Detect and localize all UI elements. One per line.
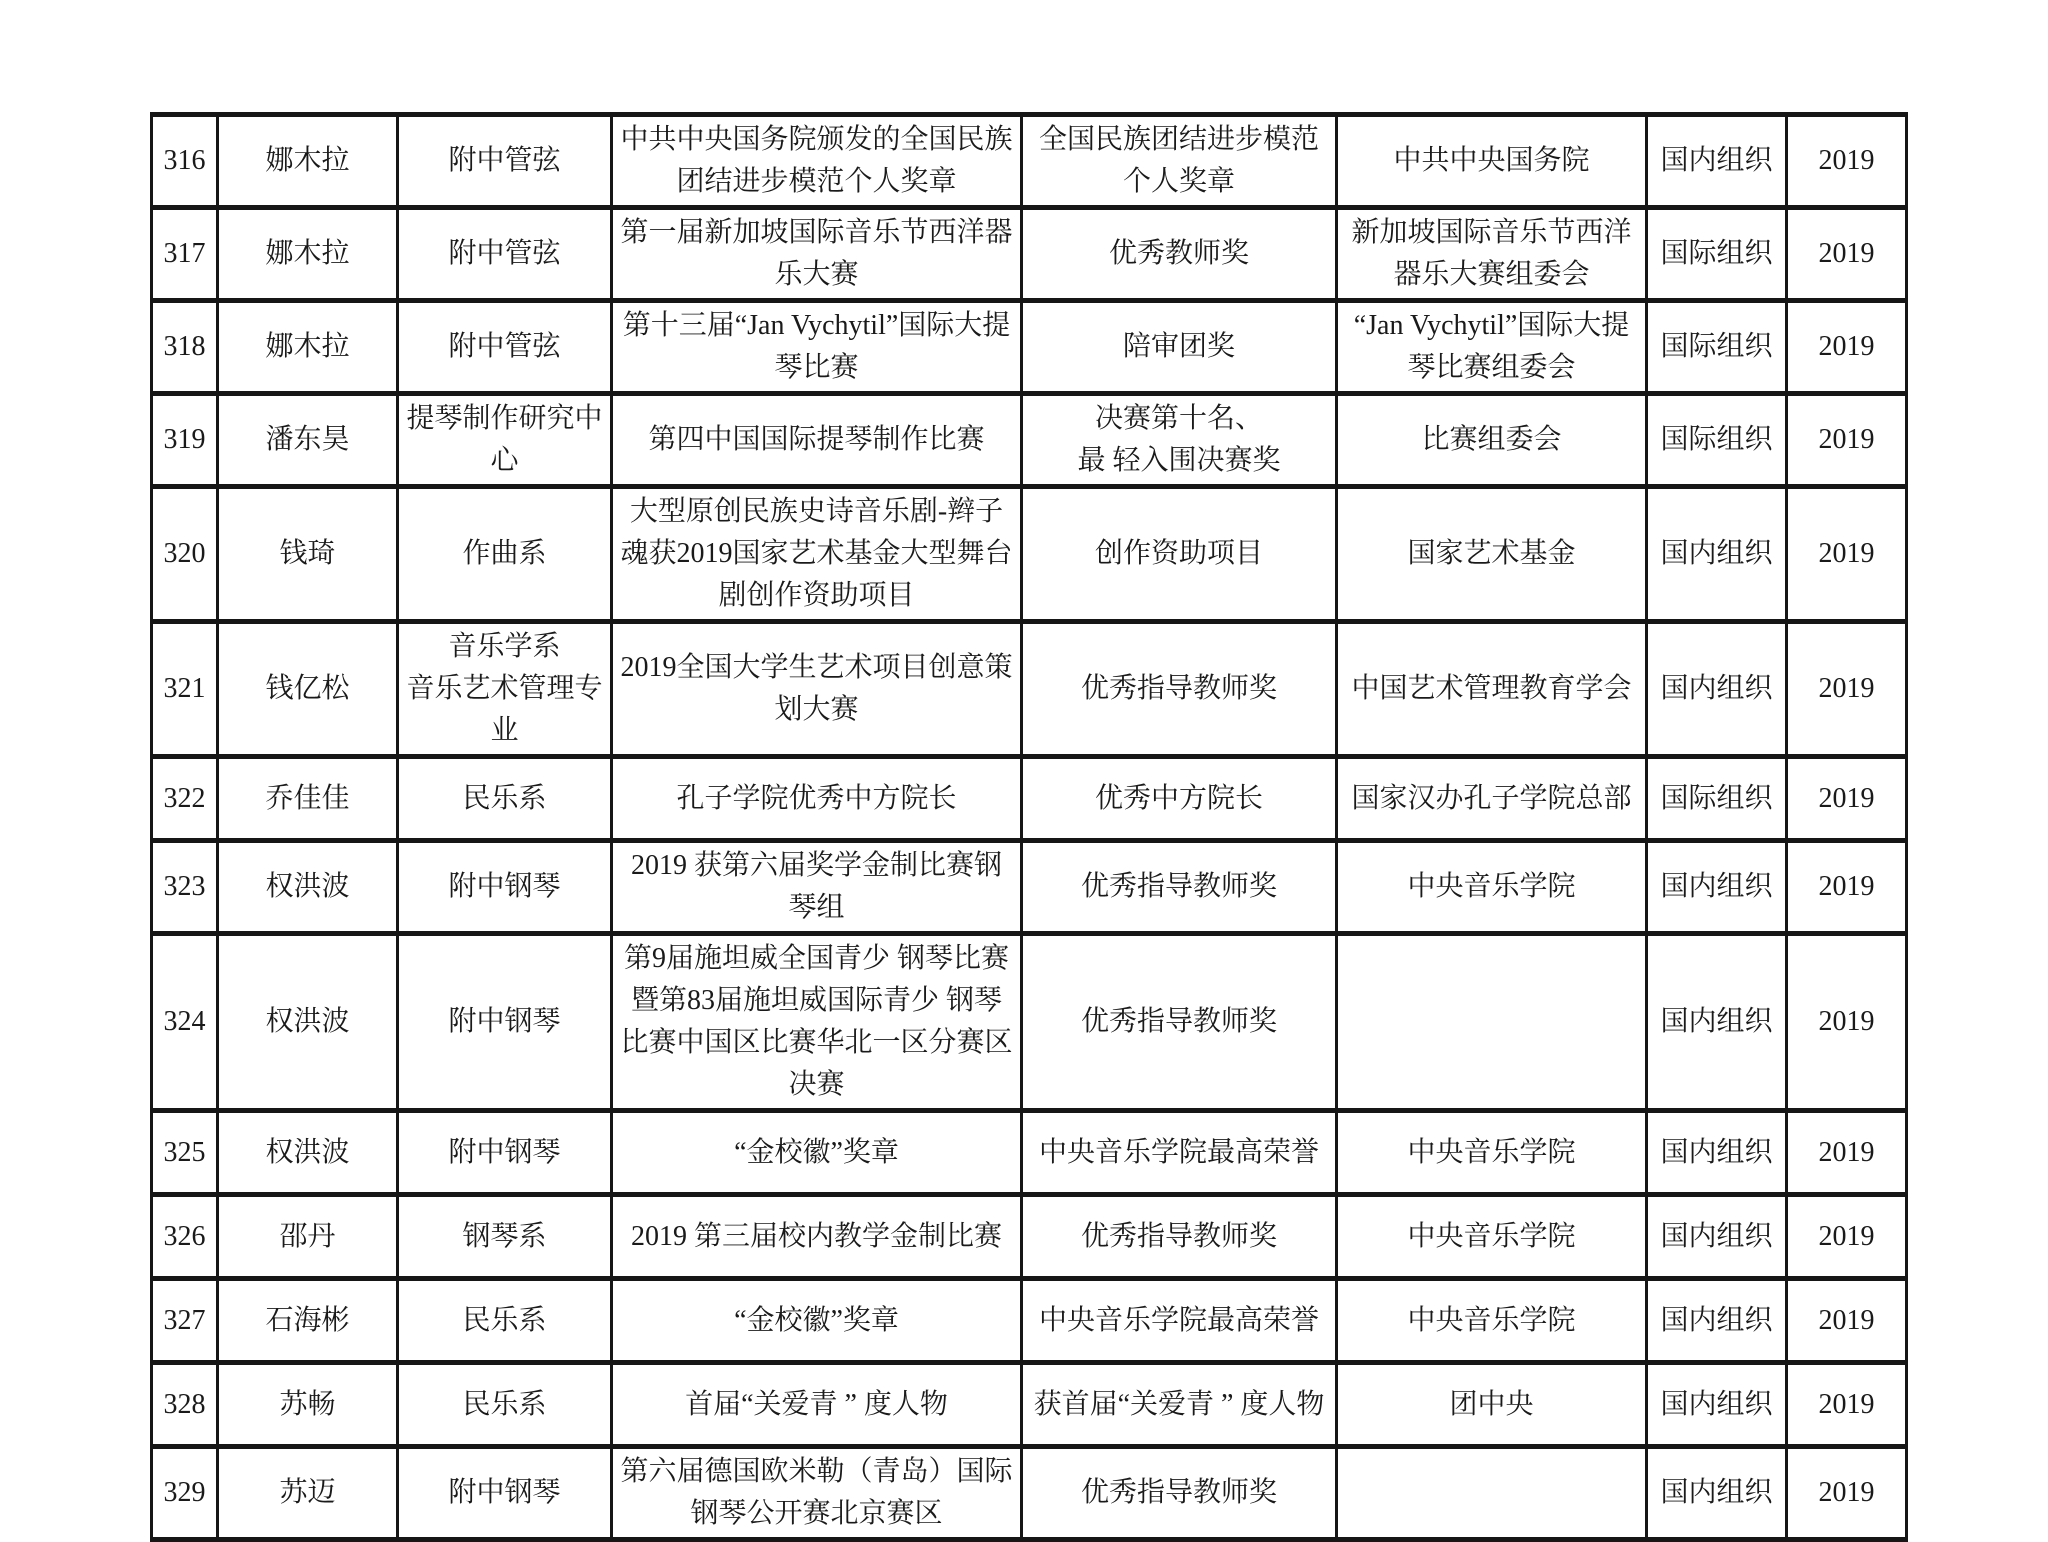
cell-award: 优秀指导教师奖 <box>1022 622 1337 757</box>
cell-department: 附中钢琴 <box>398 934 612 1111</box>
cell-row-number: 317 <box>152 208 218 301</box>
cell-row-number: 325 <box>152 1111 218 1195</box>
cell-year: 2019 <box>1787 1279 1907 1363</box>
cell-row-number: 319 <box>152 394 218 487</box>
table-row: 318 娜木拉 附中管弦 第十三届“Jan Vychytil”国际大提琴比赛 陪… <box>152 301 1907 394</box>
cell-department: 提琴制作研究中心 <box>398 394 612 487</box>
cell-competition: 2019 第三届校内教学金制比赛 <box>612 1195 1022 1279</box>
cell-org-type: 国内组织 <box>1647 487 1787 622</box>
cell-org-type: 国际组织 <box>1647 757 1787 841</box>
cell-competition: 第一届新加坡国际音乐节西洋器乐大赛 <box>612 208 1022 301</box>
cell-award: 创作资助项目 <box>1022 487 1337 622</box>
cell-department: 附中管弦 <box>398 115 612 208</box>
cell-person-name: 娜木拉 <box>218 301 398 394</box>
cell-organization: 中央音乐学院 <box>1337 1279 1647 1363</box>
table-row: 324 权洪波 附中钢琴 第9届施坦威全国青少 钢琴比赛暨第83届施坦威国际青少… <box>152 934 1907 1111</box>
cell-org-type: 国内组织 <box>1647 1111 1787 1195</box>
table-row: 319 潘东昊 提琴制作研究中心 第四中国国际提琴制作比赛 决赛第十名、 最 轻… <box>152 394 1907 487</box>
cell-year: 2019 <box>1787 1447 1907 1540</box>
cell-award: 优秀指导教师奖 <box>1022 1447 1337 1540</box>
cell-competition: 第六届德国欧米勒（青岛）国际钢琴公开赛北京赛区 <box>612 1447 1022 1540</box>
table-row: 328 苏畅 民乐系 首届“关爱青 ” 度人物 获首届“关爱青 ” 度人物 团中… <box>152 1363 1907 1447</box>
cell-department: 钢琴系 <box>398 1195 612 1279</box>
cell-org-type: 国内组织 <box>1647 841 1787 934</box>
cell-award: 全国民族团结进步模范个人奖章 <box>1022 115 1337 208</box>
cell-competition: “金校徽”奖章 <box>612 1111 1022 1195</box>
cell-row-number: 320 <box>152 487 218 622</box>
table-row: 327 石海彬 民乐系 “金校徽”奖章 中央音乐学院最高荣誉 中央音乐学院 国内… <box>152 1279 1907 1363</box>
cell-department: 音乐学系 音乐艺术管理专业 <box>398 622 612 757</box>
table-row: 316 娜木拉 附中管弦 中共中央国务院颁发的全国民族团结进步模范个人奖章 全国… <box>152 115 1907 208</box>
cell-row-number: 318 <box>152 301 218 394</box>
cell-row-number: 316 <box>152 115 218 208</box>
cell-year: 2019 <box>1787 115 1907 208</box>
cell-competition: 第十三届“Jan Vychytil”国际大提琴比赛 <box>612 301 1022 394</box>
cell-competition: 中共中央国务院颁发的全国民族团结进步模范个人奖章 <box>612 115 1022 208</box>
cell-competition: 首届“关爱青 ” 度人物 <box>612 1363 1022 1447</box>
cell-year: 2019 <box>1787 487 1907 622</box>
table-row: 329 苏迈 附中钢琴 第六届德国欧米勒（青岛）国际钢琴公开赛北京赛区 优秀指导… <box>152 1447 1907 1540</box>
cell-organization: “Jan Vychytil”国际大提琴比赛组委会 <box>1337 301 1647 394</box>
cell-person-name: 苏畅 <box>218 1363 398 1447</box>
cell-year: 2019 <box>1787 1195 1907 1279</box>
cell-year: 2019 <box>1787 757 1907 841</box>
cell-person-name: 乔佳佳 <box>218 757 398 841</box>
cell-competition: 大型原创民族史诗音乐剧-辫子魂获2019国家艺术基金大型舞台剧创作资助项目 <box>612 487 1022 622</box>
table-row: 317 娜木拉 附中管弦 第一届新加坡国际音乐节西洋器乐大赛 优秀教师奖 新加坡… <box>152 208 1907 301</box>
cell-person-name: 权洪波 <box>218 934 398 1111</box>
cell-competition: 第9届施坦威全国青少 钢琴比赛暨第83届施坦威国际青少 钢琴比赛中国区比赛华北一… <box>612 934 1022 1111</box>
cell-person-name: 石海彬 <box>218 1279 398 1363</box>
cell-organization: 中国艺术管理教育学会 <box>1337 622 1647 757</box>
cell-department: 附中钢琴 <box>398 1111 612 1195</box>
cell-org-type: 国际组织 <box>1647 208 1787 301</box>
cell-competition: 2019 获第六届奖学金制比赛钢琴组 <box>612 841 1022 934</box>
table-row: 326 邵丹 钢琴系 2019 第三届校内教学金制比赛 优秀指导教师奖 中央音乐… <box>152 1195 1907 1279</box>
cell-award: 优秀指导教师奖 <box>1022 841 1337 934</box>
cell-organization: 中央音乐学院 <box>1337 841 1647 934</box>
cell-award: 优秀中方院长 <box>1022 757 1337 841</box>
document-page: 316 娜木拉 附中管弦 中共中央国务院颁发的全国民族团结进步模范个人奖章 全国… <box>0 0 2048 1449</box>
cell-department: 附中钢琴 <box>398 1447 612 1540</box>
cell-year: 2019 <box>1787 394 1907 487</box>
cell-year: 2019 <box>1787 841 1907 934</box>
cell-department: 民乐系 <box>398 757 612 841</box>
cell-organization: 国家艺术基金 <box>1337 487 1647 622</box>
cell-person-name: 钱亿松 <box>218 622 398 757</box>
cell-row-number: 329 <box>152 1447 218 1540</box>
cell-organization: 比赛组委会 <box>1337 394 1647 487</box>
cell-department: 附中管弦 <box>398 208 612 301</box>
table-row: 321 钱亿松 音乐学系 音乐艺术管理专业 2019全国大学生艺术项目创意策划大… <box>152 622 1907 757</box>
cell-org-type: 国内组织 <box>1647 622 1787 757</box>
awards-table: 316 娜木拉 附中管弦 中共中央国务院颁发的全国民族团结进步模范个人奖章 全国… <box>150 112 1908 1542</box>
cell-award: 优秀教师奖 <box>1022 208 1337 301</box>
cell-person-name: 钱琦 <box>218 487 398 622</box>
cell-department: 民乐系 <box>398 1363 612 1447</box>
cell-award: 中央音乐学院最高荣誉 <box>1022 1111 1337 1195</box>
cell-award: 优秀指导教师奖 <box>1022 934 1337 1111</box>
cell-award: 中央音乐学院最高荣誉 <box>1022 1279 1337 1363</box>
cell-row-number: 327 <box>152 1279 218 1363</box>
cell-award: 获首届“关爱青 ” 度人物 <box>1022 1363 1337 1447</box>
cell-organization: 团中央 <box>1337 1363 1647 1447</box>
table-row: 322 乔佳佳 民乐系 孔子学院优秀中方院长 优秀中方院长 国家汉办孔子学院总部… <box>152 757 1907 841</box>
cell-org-type: 国内组织 <box>1647 1447 1787 1540</box>
cell-organization: 中央音乐学院 <box>1337 1111 1647 1195</box>
cell-organization: 新加坡国际音乐节西洋器乐大赛组委会 <box>1337 208 1647 301</box>
cell-award: 决赛第十名、 最 轻入围决赛奖 <box>1022 394 1337 487</box>
cell-award: 陪审团奖 <box>1022 301 1337 394</box>
cell-organization <box>1337 1447 1647 1540</box>
cell-org-type: 国际组织 <box>1647 394 1787 487</box>
cell-row-number: 321 <box>152 622 218 757</box>
cell-organization: 中央音乐学院 <box>1337 1195 1647 1279</box>
cell-person-name: 娜木拉 <box>218 208 398 301</box>
cell-competition: 第四中国国际提琴制作比赛 <box>612 394 1022 487</box>
cell-organization: 国家汉办孔子学院总部 <box>1337 757 1647 841</box>
cell-row-number: 322 <box>152 757 218 841</box>
cell-department: 附中管弦 <box>398 301 612 394</box>
cell-row-number: 324 <box>152 934 218 1111</box>
table-row: 320 钱琦 作曲系 大型原创民族史诗音乐剧-辫子魂获2019国家艺术基金大型舞… <box>152 487 1907 622</box>
cell-person-name: 娜木拉 <box>218 115 398 208</box>
cell-department: 民乐系 <box>398 1279 612 1363</box>
cell-row-number: 323 <box>152 841 218 934</box>
cell-competition: 2019全国大学生艺术项目创意策划大赛 <box>612 622 1022 757</box>
cell-org-type: 国内组织 <box>1647 1195 1787 1279</box>
cell-org-type: 国际组织 <box>1647 301 1787 394</box>
cell-person-name: 权洪波 <box>218 1111 398 1195</box>
cell-year: 2019 <box>1787 1111 1907 1195</box>
cell-org-type: 国内组织 <box>1647 115 1787 208</box>
cell-department: 作曲系 <box>398 487 612 622</box>
cell-organization <box>1337 934 1647 1111</box>
cell-org-type: 国内组织 <box>1647 1363 1787 1447</box>
cell-person-name: 潘东昊 <box>218 394 398 487</box>
cell-org-type: 国内组织 <box>1647 934 1787 1111</box>
table-row: 323 权洪波 附中钢琴 2019 获第六届奖学金制比赛钢琴组 优秀指导教师奖 … <box>152 841 1907 934</box>
cell-competition: “金校徽”奖章 <box>612 1279 1022 1363</box>
cell-department: 附中钢琴 <box>398 841 612 934</box>
cell-person-name: 权洪波 <box>218 841 398 934</box>
cell-org-type: 国内组织 <box>1647 1279 1787 1363</box>
cell-year: 2019 <box>1787 301 1907 394</box>
cell-year: 2019 <box>1787 208 1907 301</box>
cell-row-number: 328 <box>152 1363 218 1447</box>
cell-year: 2019 <box>1787 1363 1907 1447</box>
cell-organization: 中共中央国务院 <box>1337 115 1647 208</box>
cell-person-name: 苏迈 <box>218 1447 398 1540</box>
cell-year: 2019 <box>1787 934 1907 1111</box>
cell-year: 2019 <box>1787 622 1907 757</box>
cell-row-number: 326 <box>152 1195 218 1279</box>
cell-person-name: 邵丹 <box>218 1195 398 1279</box>
table-row: 325 权洪波 附中钢琴 “金校徽”奖章 中央音乐学院最高荣誉 中央音乐学院 国… <box>152 1111 1907 1195</box>
cell-award: 优秀指导教师奖 <box>1022 1195 1337 1279</box>
cell-competition: 孔子学院优秀中方院长 <box>612 757 1022 841</box>
